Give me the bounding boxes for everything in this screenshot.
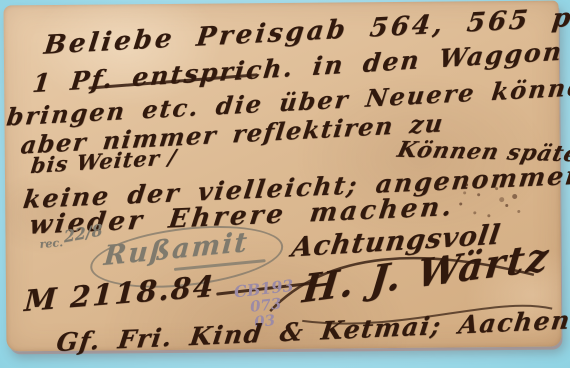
ink-speckles bbox=[465, 183, 468, 186]
pencil-received-abbr: rec. bbox=[39, 236, 63, 251]
postcard: Beliebe Preisgab 564, 565 p 1 Pf. entspr… bbox=[4, 1, 562, 352]
postcard-photo: Beliebe Preisgab 564, 565 p 1 Pf. entspr… bbox=[0, 0, 570, 368]
amount-note: M 2118.84 bbox=[23, 269, 216, 318]
